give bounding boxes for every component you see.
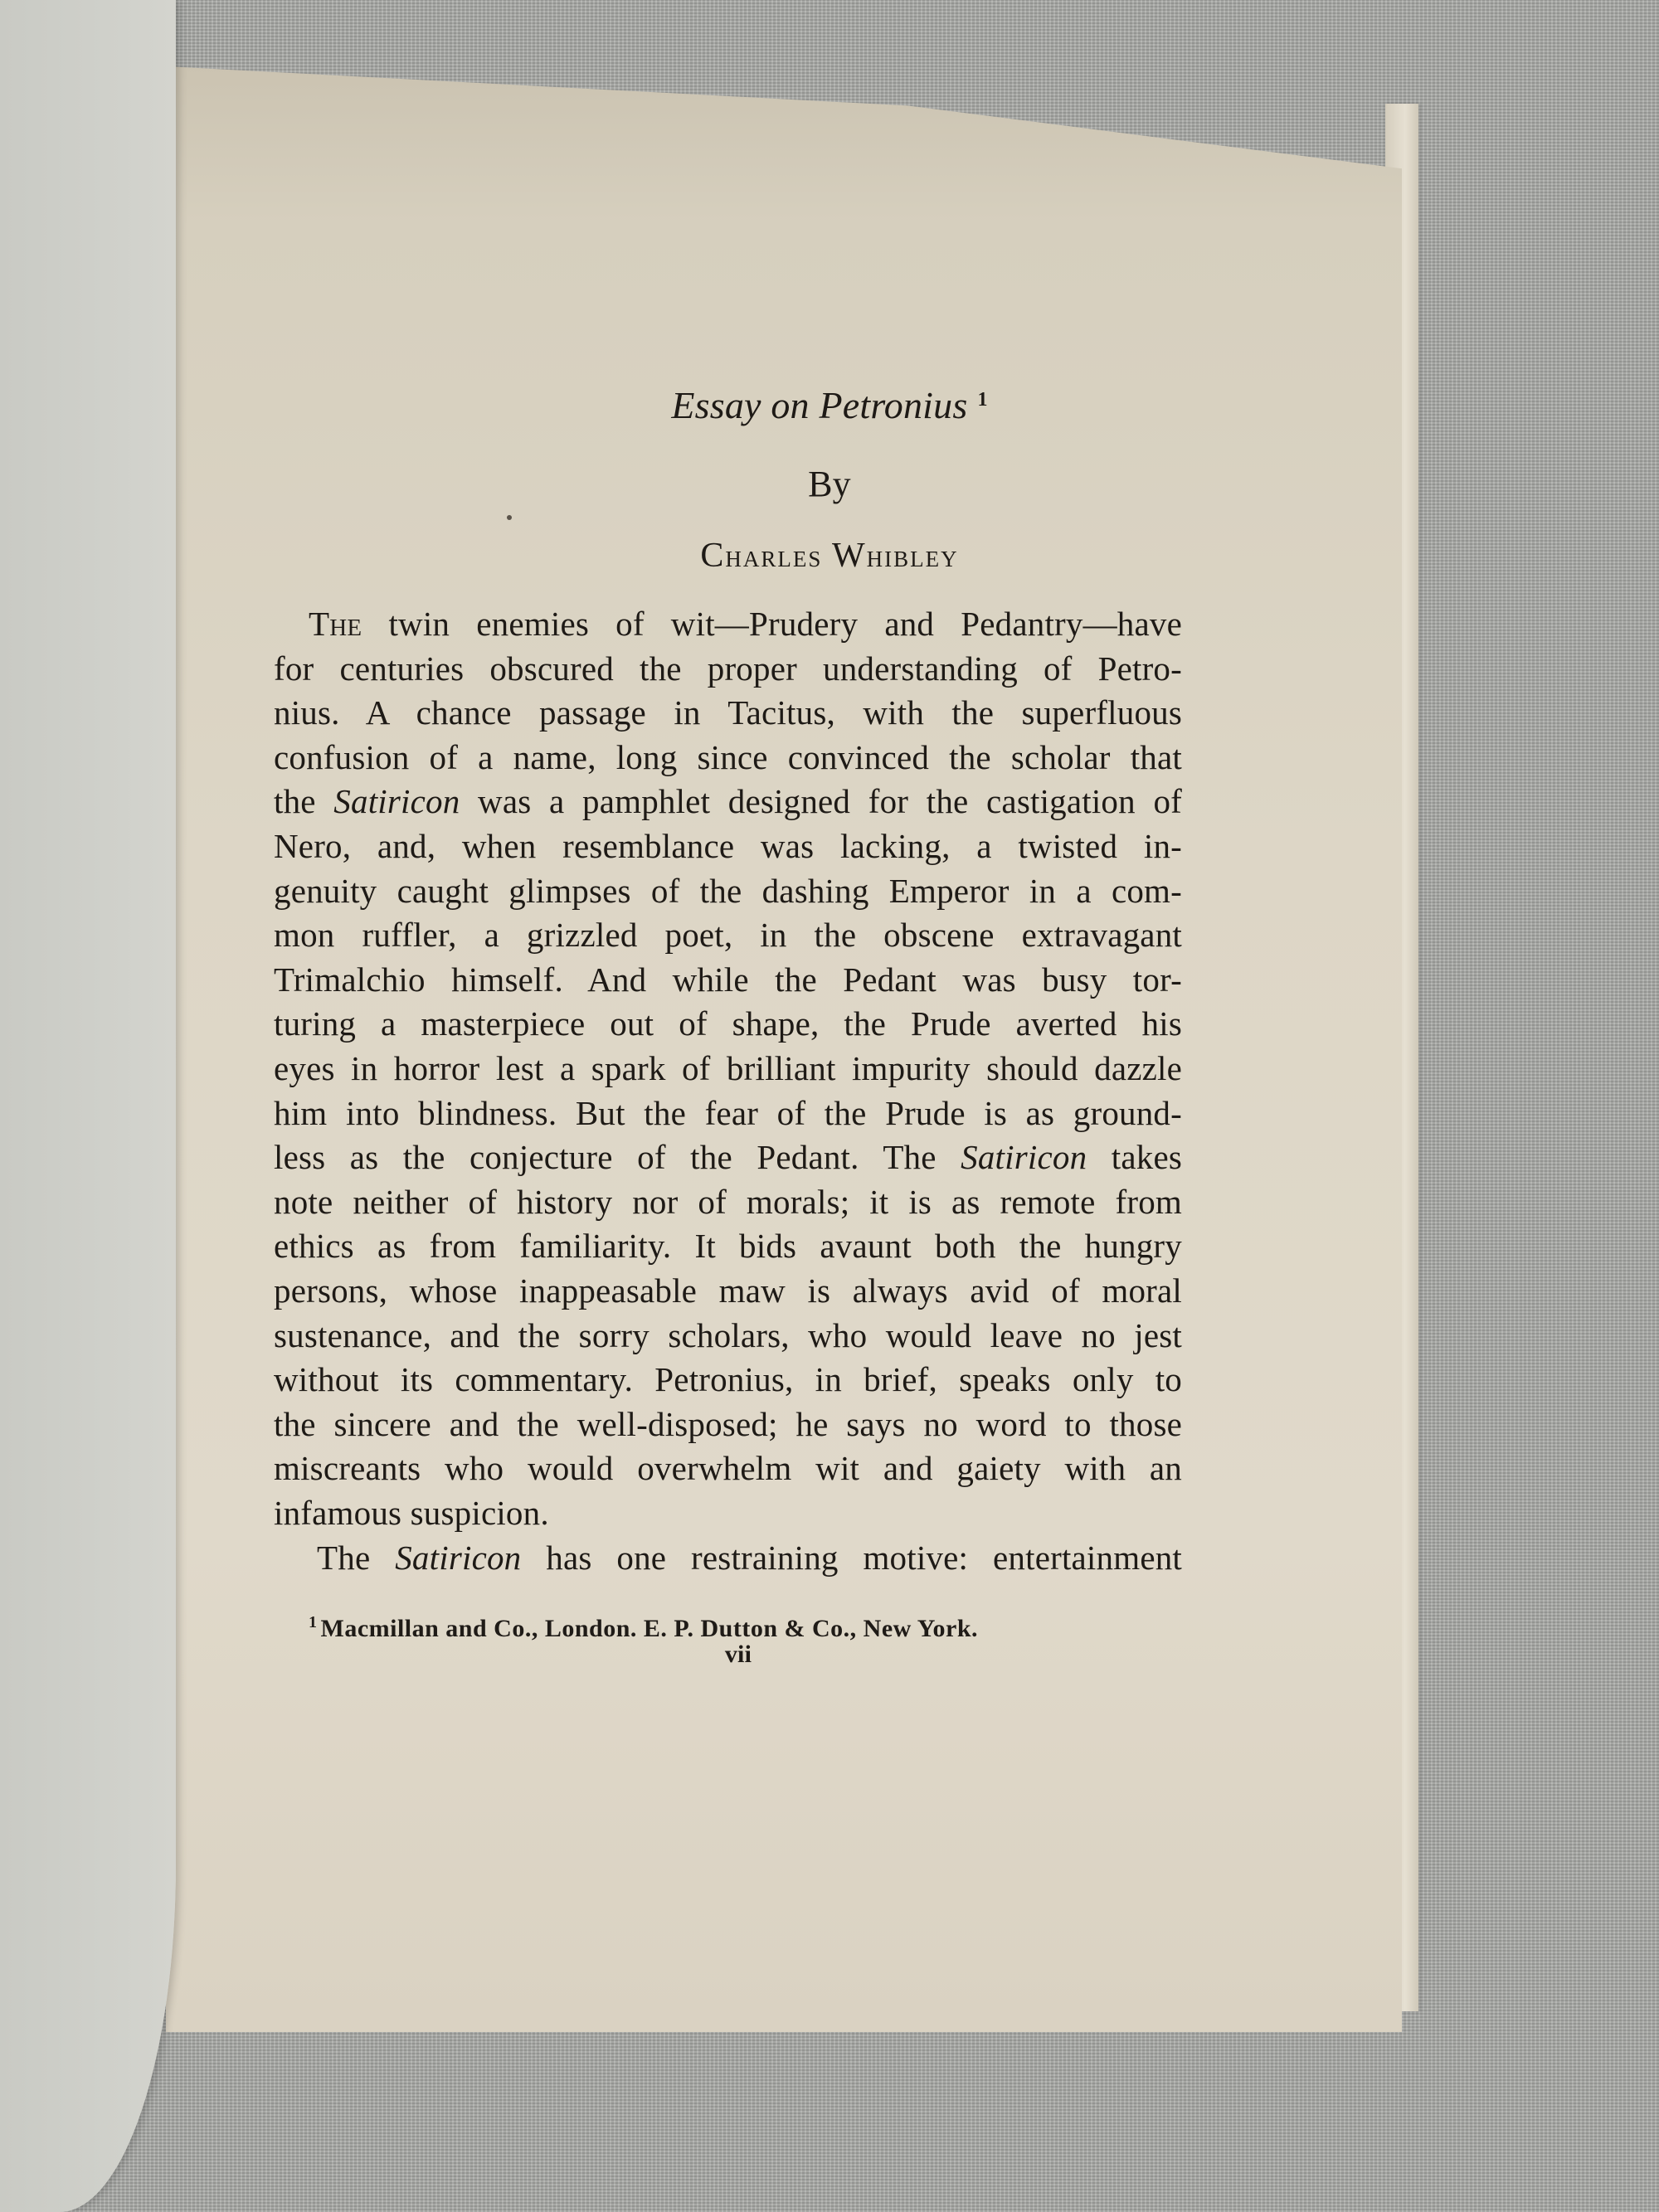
text-line: confusion of a name, long since convince… xyxy=(274,737,1182,777)
italic-title-satiricon: Satiricon xyxy=(395,1539,521,1577)
lead-smallcaps: The xyxy=(309,605,362,643)
line-text: The xyxy=(317,1539,395,1577)
author-initial-c: C xyxy=(700,537,725,575)
text-line: persons, whose inappeasable maw is alway… xyxy=(274,1271,1182,1310)
text-line: mon ruffler, a grizzled poet, in the obs… xyxy=(274,915,1182,955)
text-line: genuity caught glimpses of the dashing E… xyxy=(274,871,1182,911)
text-line: The twin enemies of wit—Prudery and Peda… xyxy=(309,604,1182,644)
line-text: twin enemies of wit—Prudery and Pedantry… xyxy=(362,605,1182,643)
line-text: the xyxy=(274,782,333,820)
byline: By xyxy=(0,463,1659,505)
text-line: without its commentary. Petronius, in br… xyxy=(274,1359,1182,1399)
text-line: nius. A chance passage in Tacitus, with … xyxy=(274,693,1182,732)
text-line: turing a masterpiece out of shape, the P… xyxy=(274,1004,1182,1043)
footnote: 1Macmillan and Co., London. E. P. Dutton… xyxy=(309,1613,978,1643)
text-line: the sincere and the well-disposed; he sa… xyxy=(274,1404,1182,1444)
facing-left-page xyxy=(0,0,176,2212)
text-line: ethics as from familiarity. It bids avau… xyxy=(274,1226,1182,1266)
text-line: sustenance, and the sorry scholars, who … xyxy=(274,1315,1182,1355)
italic-title-satiricon: Satiricon xyxy=(333,782,460,820)
author-initial-w: W xyxy=(832,537,867,575)
page-number: vii xyxy=(0,1641,1477,1669)
author-name: Charles Whibley xyxy=(0,536,1659,576)
text-line: for centuries obscured the proper unders… xyxy=(274,649,1182,688)
line-text: less as the conjecture of the Pedant. Th… xyxy=(274,1138,961,1176)
text-line: Nero, and, when resemblance was lacking,… xyxy=(274,826,1182,866)
essay-title-text: Essay on Petronius xyxy=(671,384,967,426)
line-text: has one restraining motive: entertainmen… xyxy=(521,1539,1182,1577)
paper-speck xyxy=(507,515,512,520)
line-text: was a pamphlet designed for the castigat… xyxy=(460,782,1182,820)
text-line: The Satiricon has one restraining motive… xyxy=(317,1538,1182,1578)
author-first-rest: harles xyxy=(725,539,832,574)
text-line: infamous suspicion. xyxy=(274,1493,1182,1533)
essay-title: Essay on Petronius1 xyxy=(0,383,1659,427)
text-line: the Satiricon was a pamphlet designed fo… xyxy=(274,781,1182,821)
title-footnote-marker: 1 xyxy=(977,389,987,411)
text-line: Trimalchio himself. And while the Pedant… xyxy=(274,960,1182,999)
author-last-rest: hibley xyxy=(867,539,959,574)
footnote-marker: 1 xyxy=(309,1613,318,1631)
text-line: eyes in horror lest a spark of brilliant… xyxy=(274,1048,1182,1088)
italic-title-satiricon: Satiricon xyxy=(961,1138,1087,1176)
text-line: note neither of history nor of morals; i… xyxy=(274,1182,1182,1222)
text-line: him into blindness. But the fear of the … xyxy=(274,1093,1182,1133)
text-line: miscreants who would overwhelm wit and g… xyxy=(274,1448,1182,1488)
footnote-text: Macmillan and Co., London. E. P. Dutton … xyxy=(321,1615,979,1642)
text-line: less as the conjecture of the Pedant. Th… xyxy=(274,1137,1182,1177)
line-text: takes xyxy=(1087,1138,1182,1176)
